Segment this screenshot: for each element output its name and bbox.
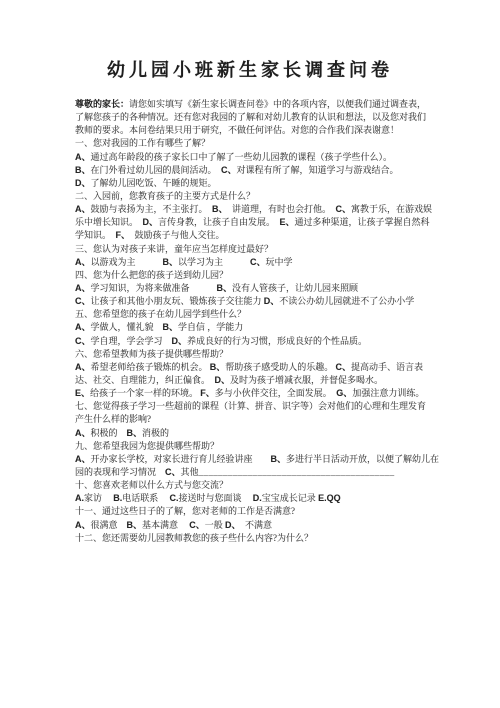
question-line: 十一、通过这些日子的了解，您对老师的工作是否满意? (75, 505, 441, 518)
text-segment: 接送时与您面谈 (179, 493, 253, 503)
text-segment: 鼓励与表扬为主，不主张打。 (91, 204, 213, 214)
document-title: 幼儿园小班新生家长调查问卷 (0, 56, 500, 82)
option-line: B、在门外看过幼儿园的晨间活动。 C、对课程有所了解，知道学习与游戏结合。 (75, 164, 441, 177)
text-segment: 希望老师给孩子锻炼的机会。 (91, 362, 210, 372)
option-line: 达、社交、自理能力，纠正偏食。 D、及时为孩子增减衣服，并督促多喝水。 (75, 374, 441, 387)
option-letter: A、 (75, 520, 91, 530)
option-letter: A. (75, 493, 84, 503)
text-segment: 不满意 (236, 520, 272, 530)
option-letter: C、 (250, 257, 266, 267)
text-segment: 让孩子和其他小朋友玩、锻炼孩子交往能力 (91, 296, 264, 306)
text-segment: 达、社交、自理能力，纠正偏食。 (75, 375, 215, 385)
option-line: A、开办家长学校，对家长进行育儿经验讲座 B、多进行半日活动开放，以便了解幼儿在 (75, 453, 441, 466)
option-letter: D、 (172, 336, 188, 346)
text-segment: 没有人管孩子，让幼儿园来照顾 (232, 283, 358, 293)
option-letter: 尊敬的家长： (75, 99, 129, 109)
text-segment: 以游戏为主 (91, 257, 163, 267)
option-line: A、积极的 B、消极的 (75, 427, 441, 440)
option-letter: B、 (127, 428, 143, 438)
option-line: A.家访 B.电话联系 C.接送时与您面谈 D.宝宝成长记录 E.QQ (75, 492, 441, 505)
text-segment: 宝宝成长记录 (262, 493, 318, 503)
option-letter: A、 (75, 454, 91, 464)
option-letter: B、 (163, 257, 179, 267)
text-segment: 学知识。 (75, 230, 116, 240)
text-segment: 四、您为什么把您的孩子送到幼儿园？ (75, 270, 228, 280)
option-line: 学知识。 F、 鼓励孩子与他人交往。 (75, 229, 441, 242)
text-segment: 在门外看过幼儿园的晨间活动。 (91, 165, 222, 175)
option-line: C、让孩子和其他小朋友玩、锻炼孩子交往能力 D、不读公办幼儿园就进不了公办小学 (75, 295, 441, 308)
option-letter: D、 (215, 375, 231, 385)
text-segment: 学自理，学会学习 (91, 336, 172, 346)
question-line: 十二、您还需要幼儿园教师教您的孩子些什么内容?为什么？ (75, 532, 441, 545)
question-line: 五、您希望您的孩子在幼儿园学到些什么？ (75, 308, 441, 321)
text-segment: 其他 (181, 467, 199, 477)
question-line: 六、您希望教师为孩子提供哪些帮助？ (75, 348, 441, 361)
option-letter: A、 (75, 204, 91, 214)
option-letter: A、 (75, 362, 91, 372)
option-letter: D、 (225, 520, 236, 530)
text-segment: 十、您喜欢老师以什么方式与您交流？ (75, 480, 228, 490)
option-letter: A、 (75, 322, 91, 332)
option-line: A、以游戏为主 B、以学习为主 C、玩中学 (75, 256, 441, 269)
option-letter: C、 (221, 165, 237, 175)
option-letter: B、 (75, 165, 91, 175)
text-segment: 十二、您还需要幼儿园教师教您的孩子些什么内容?为什么？ (75, 533, 313, 543)
text-segment: 及时为孩子增减衣服，并督促多喝水。 (230, 375, 383, 385)
document-body: 尊敬的家长：请您如实填写《新生家长调查问卷》中的各项内容，以便我们通过调查表，了… (75, 98, 441, 545)
option-line: E、给孩子一个家一样的环境。 F、多与小伙伴交往，全面发展。 G、加强注意力训练… (75, 387, 441, 400)
text-segment: 一般 (205, 520, 225, 530)
option-line: C、学自理，学会学习 D、养成良好的行为习惯，形成良好的个性品质。 (75, 335, 441, 348)
text-segment: 开办家长学校，对家长进行育儿经验讲座 (91, 454, 271, 464)
option-letter: B、 (210, 362, 226, 372)
text-segment: 很满意 (91, 520, 127, 530)
text-segment: 十一、通过这些日子的了解，您对老师的工作是否满意? (75, 506, 295, 516)
text-segment: 学习知识，为将来做准备 (91, 283, 217, 293)
text-segment: 加强注意力训练。 (352, 388, 424, 398)
text-segment: 乐中增长知识。 (75, 217, 143, 227)
text-segment: 给孩子一个家一样的环境。 (90, 388, 200, 398)
intro-line: 了解您孩子的各种情况。还有您对我园的了解和对幼儿教育的认识和想法，以及您对我们 (75, 111, 441, 124)
text-segment: 言传身教，让孩子自由发展。 (158, 217, 280, 227)
text-segment: 鼓励孩子与他人交往。 (126, 230, 225, 240)
text-segment: 家访 (84, 493, 113, 503)
text-segment: 请您如实填写《新生家长调查问卷》中的各项内容，以便我们通过调查表， (129, 99, 426, 109)
text-segment: 三、您认为对孩子来讲，童年应当怎样度过最好？ (75, 244, 273, 254)
option-letter: A、 (75, 257, 91, 267)
question-line: 一、您对我园的工作有哪些了解？ (75, 137, 441, 150)
text-segment: 养成良好的行为习惯，形成良好的个性品质。 (187, 336, 367, 346)
blank-fill-field: ________________________________________ (199, 467, 395, 477)
option-letter: C、 (189, 520, 205, 530)
question-line: 产生什么样的影响? (75, 413, 441, 426)
option-letter: B. (113, 493, 122, 503)
text-segment: 学自信 ，学能力 (178, 322, 243, 332)
text-segment: 玩中学 (266, 257, 293, 267)
text-segment: 六、您希望教师为孩子提供哪些帮助？ (75, 349, 228, 359)
text-segment: 了解幼儿园吃饭、午睡的规矩。 (91, 178, 217, 188)
text-segment: 教师的要求。本问卷结果只用于研究，不做任何评估。对您的合作我们深表谢意！ (75, 125, 399, 135)
option-letter: D. (253, 493, 262, 503)
option-line: A、很满意 B、基本满意 C、一般 D、 不满意 (75, 519, 441, 532)
text-segment: 讲道理，有时也会打他。 (223, 204, 336, 214)
option-letter: B、 (212, 204, 223, 214)
option-letter: C、 (75, 336, 91, 346)
option-letter: C、 (336, 204, 352, 214)
text-segment: 不读公办幼儿园就进不了公办小学 (279, 296, 414, 306)
option-line: A、鼓励与表扬为主，不主张打。 B、 讲道理，有时也会打他。 C、寓教于乐，在游… (75, 203, 441, 216)
option-letter: C. (170, 493, 179, 503)
text-segment: 五、您希望您的孩子在幼儿园学到些什么？ (75, 309, 246, 319)
intro-line: 教师的要求。本问卷结果只用于研究，不做任何评估。对您的合作我们深表谢意！ (75, 124, 441, 137)
option-letter: D、 (75, 178, 91, 188)
question-line: 三、您认为对孩子来讲，童年应当怎样度过最好？ (75, 243, 441, 256)
text-segment: 寓教于乐，在游戏娱 (351, 204, 432, 214)
text-segment: 帮助孩子感受助人的乐趣。 (225, 362, 335, 372)
text-segment: 二、入园前，您教育孩子的主要方式是什么？ (75, 191, 255, 201)
option-letter: F、 (200, 388, 215, 398)
option-letter: D、 (264, 296, 280, 306)
option-letter: A、 (75, 428, 91, 438)
option-line: D、了解幼儿园吃饭、午睡的规矩。 (75, 177, 441, 190)
option-letter: C、 (165, 467, 181, 477)
option-letter: D、 (143, 217, 159, 227)
text-segment: 园的表现和学习情况 (75, 467, 165, 477)
option-letter: A、 (75, 152, 91, 162)
option-letter: E.QQ (318, 493, 341, 503)
text-segment: 提高动手、语言表 (351, 362, 423, 372)
questionnaire-page: 幼儿园小班新生家长调查问卷 尊敬的家长：请您如实填写《新生家长调查问卷》中的各项… (0, 0, 500, 708)
option-line: A、通过高年龄段的孩子家长口中了解了一些幼儿园教的课程（孩子学些什么）。 (75, 151, 441, 164)
text-segment: 电话联系 (122, 493, 169, 503)
text-segment: 消极的 (142, 428, 169, 438)
intro-line: 尊敬的家长：请您如实填写《新生家长调查问卷》中的各项内容，以便我们通过调查表， (75, 98, 441, 111)
text-segment: 多进行半日活动开放，以便了解幼儿在 (286, 454, 439, 464)
option-letter: E、 (75, 388, 90, 398)
text-segment: 一、您对我园的工作有哪些了解？ (75, 138, 210, 148)
question-line: 九、您希望我园为您提供哪些帮助？ (75, 440, 441, 453)
option-letter: B、 (127, 520, 143, 530)
text-segment: 通过高年龄段的孩子家长口中了解了一些幼儿园教的课程（孩子学些什么）。 (91, 152, 393, 162)
option-letter: C、 (75, 296, 91, 306)
option-letter: B、 (271, 454, 287, 464)
question-line: 七、您觉得孩子学习一些超前的课程（计算、拼音、识字等）会对他们的心理和生理发育 (75, 400, 441, 413)
question-line: 十、您喜欢老师以什么方式与您交流？ (75, 479, 441, 492)
option-line: 乐中增长知识。 D、言传身教，让孩子自由发展。 E、通过多种渠道，让孩子掌握自然… (75, 216, 441, 229)
text-segment: 以学习为主 (178, 257, 250, 267)
option-line: A、希望老师给孩子锻炼的机会。 B、帮助孩子感受助人的乐趣。 C、提高动手、语言… (75, 361, 441, 374)
option-letter: F、 (116, 230, 126, 240)
option-line: A、学习知识，为将来做准备 B、没有人管孩子，让幼儿园来照顾 (75, 282, 441, 295)
option-line: A、学做人，懂礼貌 B、学自信 ，学能力 (75, 321, 441, 334)
option-letter: C、 (336, 362, 352, 372)
text-segment: 多与小伙伴交往，全面发展。 (215, 388, 337, 398)
option-letter: G、 (336, 388, 352, 398)
text-segment: 了解您孩子的各种情况。还有您对我园的了解和对幼儿教育的认识和想法，以及您对我们 (75, 112, 426, 122)
text-segment: 积极的 (91, 428, 127, 438)
option-letter: B、 (217, 283, 233, 293)
text-segment: 学做人，懂礼貌 (91, 322, 163, 332)
text-segment: 对课程有所了解，知道学习与游戏结合。 (237, 165, 399, 175)
option-letter: B、 (163, 322, 179, 332)
option-letter: A、 (75, 283, 91, 293)
question-line: 四、您为什么把您的孩子送到幼儿园？ (75, 269, 441, 282)
text-segment: 通过多种渠道，让孩子掌握自然科 (295, 217, 430, 227)
option-line: 园的表现和学习情况 C、其他__________________________… (75, 466, 441, 479)
option-letter: E、 (280, 217, 295, 227)
text-segment: 基本满意 (142, 520, 189, 530)
text-segment: 九、您希望我园为您提供哪些帮助？ (75, 441, 219, 451)
text-segment: 七、您觉得孩子学习一些超前的课程（计算、拼音、识字等）会对他们的心理和生理发育 (75, 401, 426, 411)
text-segment: 产生什么样的影响? (75, 414, 151, 424)
question-line: 二、入园前，您教育孩子的主要方式是什么？ (75, 190, 441, 203)
